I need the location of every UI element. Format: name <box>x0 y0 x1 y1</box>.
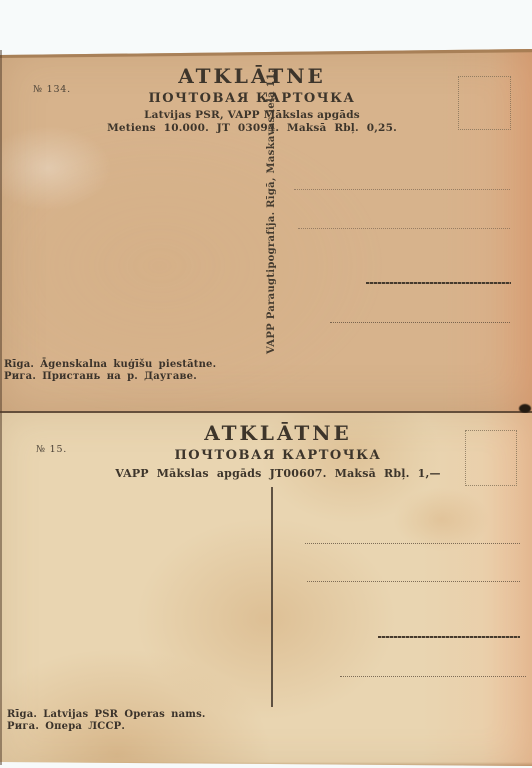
vertical-divider-line <box>271 487 273 707</box>
address-line <box>366 282 511 284</box>
publisher-line: VAPP Mākslas apgāds JT00607. Maksā Rbļ. … <box>24 467 532 480</box>
card-header: ATKLĀTNE ПОЧТОВАЯ КАРТОЧКА VAPP Mākslas … <box>24 421 532 480</box>
address-line <box>307 581 520 582</box>
stamp-box <box>465 430 517 486</box>
address-line <box>378 636 520 638</box>
print-run-line: Metiens 10.000. JT 03094. Maksā Rbļ. 0,2… <box>0 122 504 134</box>
card-title: ATKLĀTNE <box>24 421 532 445</box>
caption-latvian: Rīga. Āgenskalna kuģīšu piestātne. <box>4 359 216 371</box>
address-line <box>294 189 510 190</box>
scan-background: № 134. ATKLĀTNE ПОЧТОВАЯ КАРТОЧКА Latvij… <box>0 0 532 768</box>
stamp-box <box>458 76 511 130</box>
postcard-bottom: № 15. ATKLĀTNE ПОЧТОВАЯ КАРТОЧКА VAPP Mā… <box>0 413 532 768</box>
scan-edge-shadow <box>0 50 2 765</box>
publisher-line: Latvijas PSR, VAPP Mākslas apgāds <box>0 109 504 121</box>
caption-latvian: Rīga. Latvijas PSR Operas nams. <box>7 709 206 721</box>
printer-imprint-vertical: VAPP Paraugtipografija. Rīgā, Maskavas i… <box>266 132 277 354</box>
card-header: ATKLĀTNE ПОЧТОВАЯ КАРТОЧКА Latvijas PSR,… <box>0 64 504 134</box>
card-subtitle: ПОЧТОВАЯ КАРТОЧКА <box>0 91 504 106</box>
address-line <box>305 543 520 544</box>
card-title: ATKLĀTNE <box>0 64 504 88</box>
caption-russian: Рига. Опера ЛССР. <box>7 721 206 733</box>
card-subtitle: ПОЧТОВАЯ КАРТОЧКА <box>24 448 532 463</box>
address-line <box>340 676 526 677</box>
caption-russian: Рига. Пристань на р. Даугаве. <box>4 371 216 383</box>
caption-block: Rīga. Āgenskalna kuģīšu piestātne. Рига.… <box>4 359 216 383</box>
postcard-top: № 134. ATKLĀTNE ПОЧТОВАЯ КАРТОЧКА Latvij… <box>0 48 532 413</box>
address-line <box>330 322 510 323</box>
caption-block: Rīga. Latvijas PSR Operas nams. Рига. Оп… <box>7 709 206 733</box>
address-line <box>298 228 510 229</box>
corner-shadow-mark <box>519 404 531 413</box>
